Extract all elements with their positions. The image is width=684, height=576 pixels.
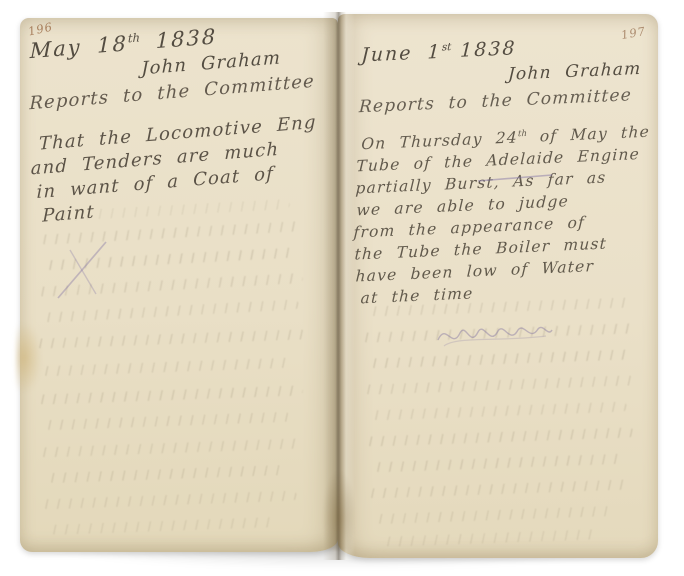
right-page-text: June 1st1838 John Graham Reports to the … (350, 25, 654, 310)
date-ordinal: st (442, 41, 452, 53)
date-day: May 18 (30, 31, 128, 63)
date-year: 1838 (156, 24, 217, 53)
date-year: 1838 (460, 38, 517, 63)
manuscript-photo: 196 197 May 18th1838 John Graham Reports… (0, 0, 684, 576)
date-ordinal: th (128, 30, 140, 45)
left-page-text: May 18th1838 John Graham Reports to the … (28, 9, 317, 229)
date-day: June 1 (361, 41, 442, 67)
